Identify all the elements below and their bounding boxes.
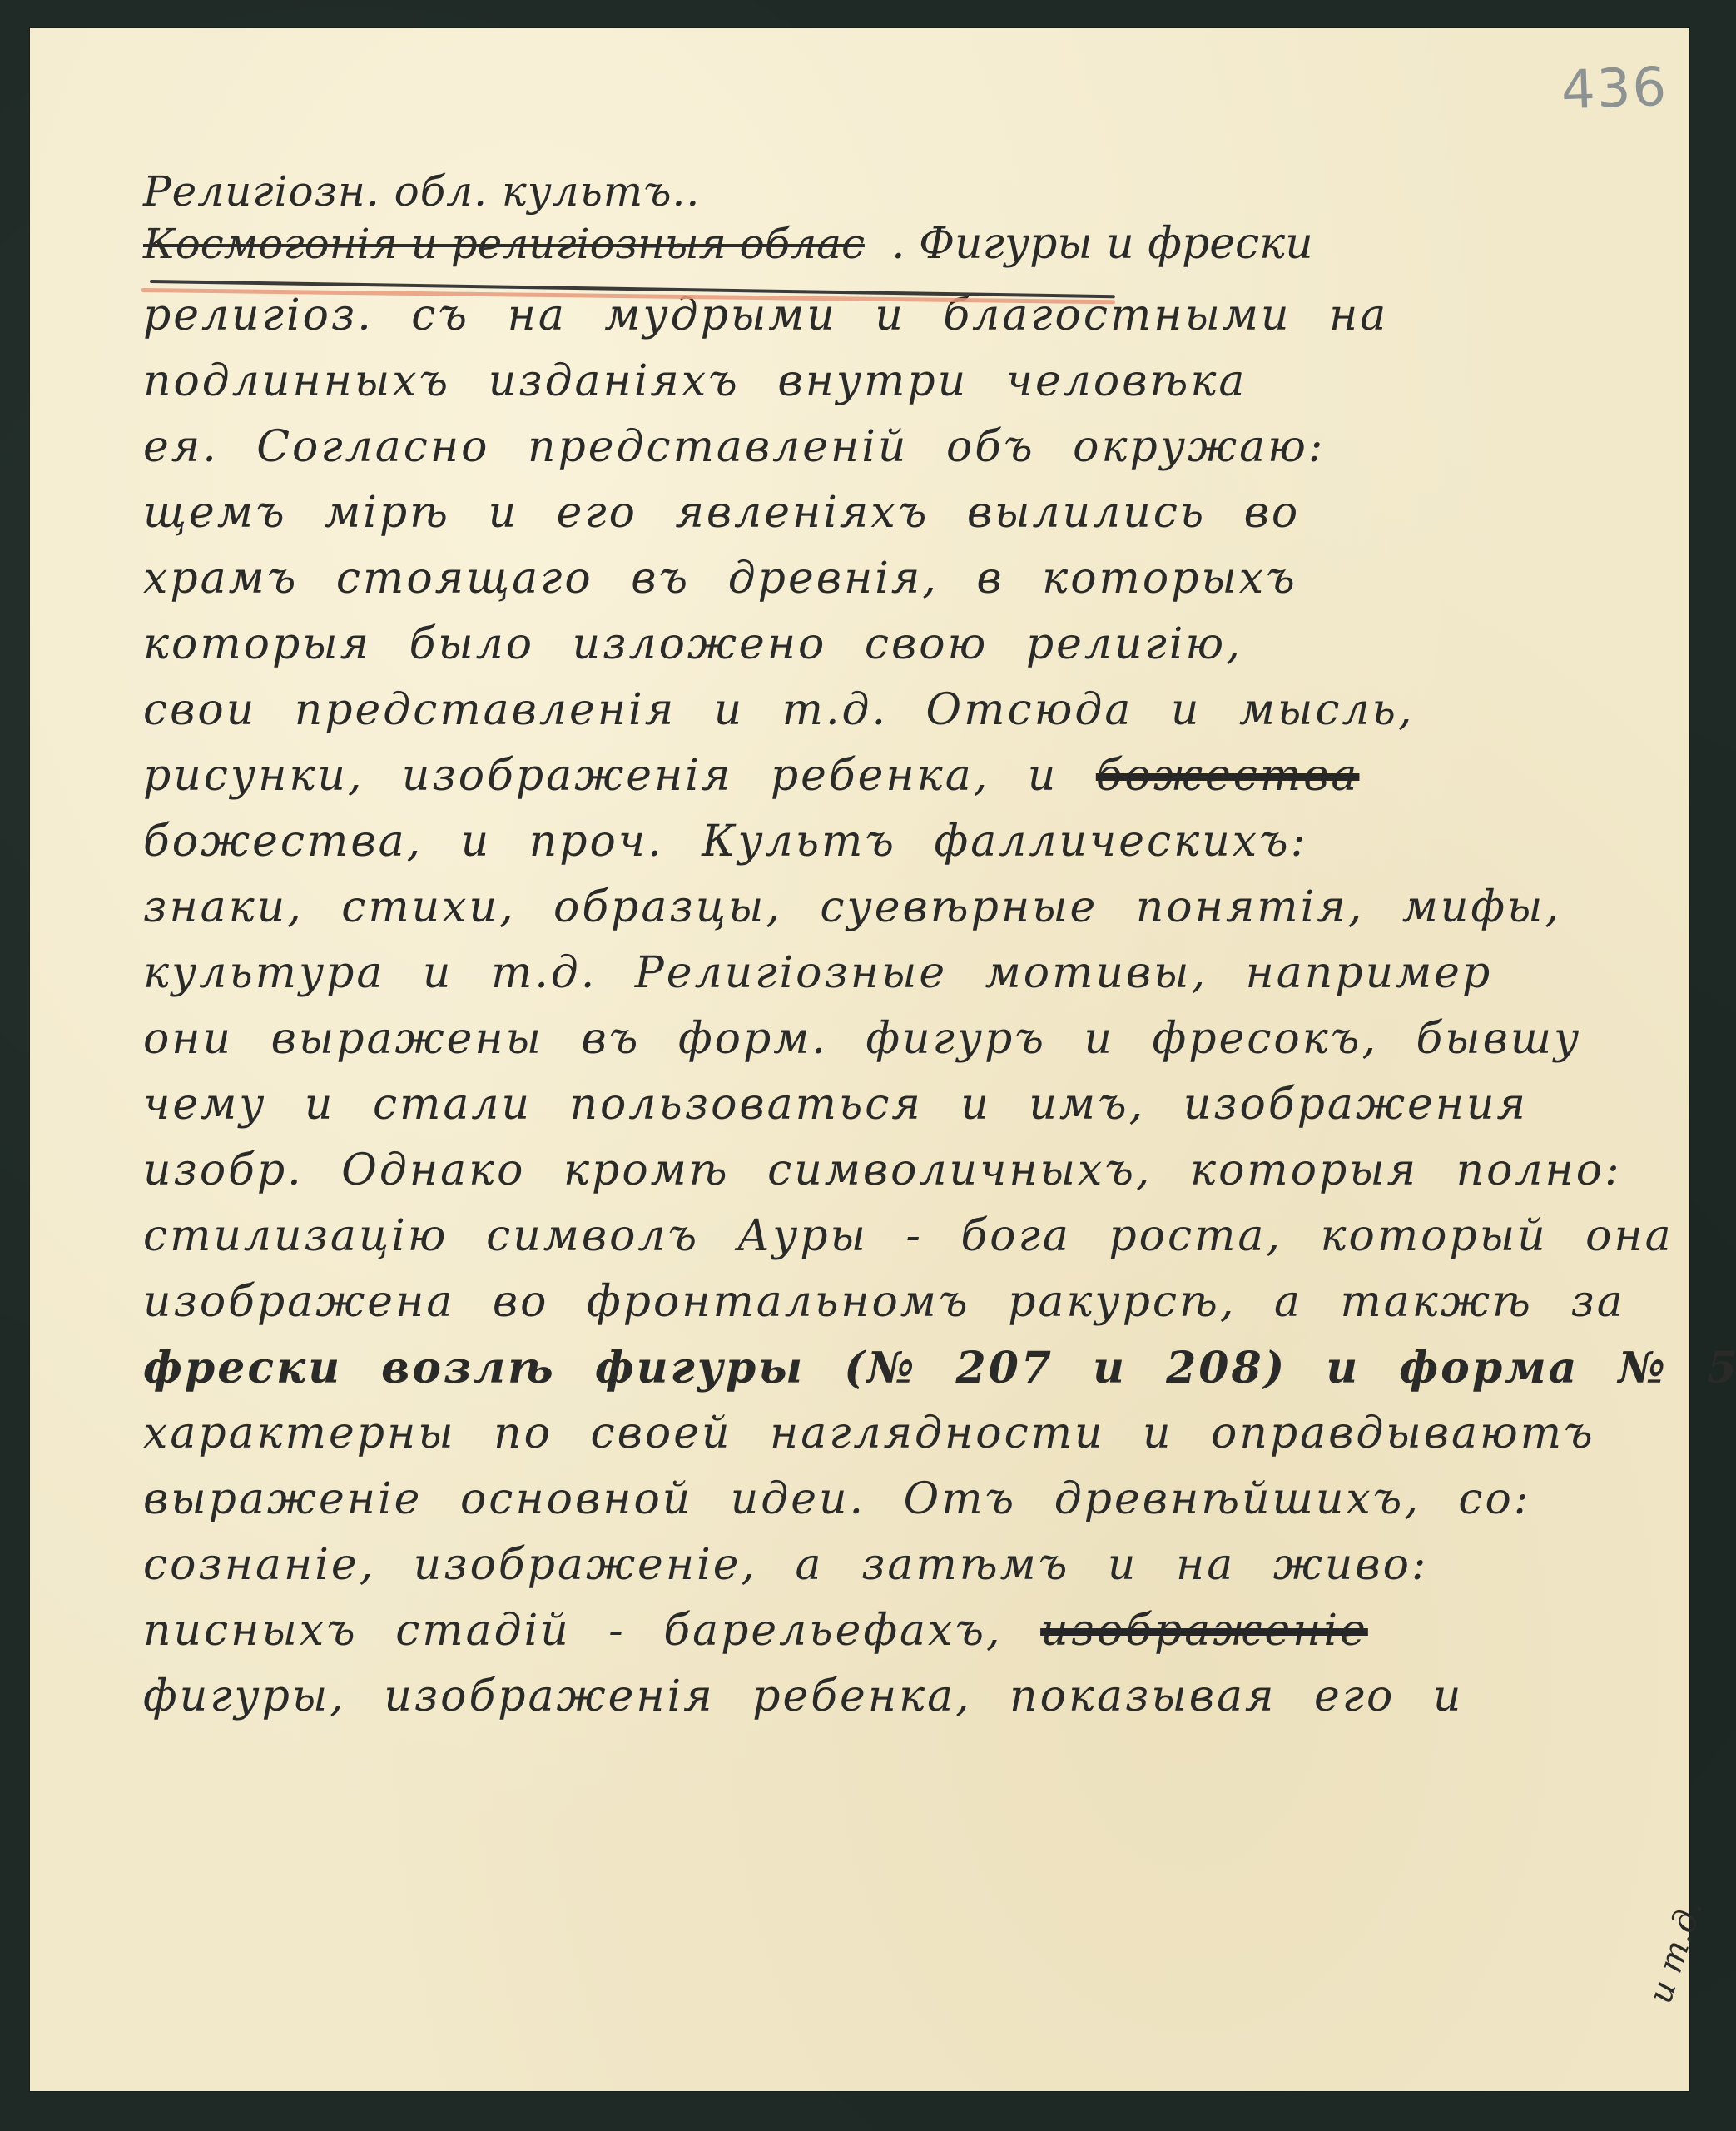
text-segment: писныхъ стадій - барельефахъ, <box>143 1606 1003 1656</box>
struck-heading-line: Космогонія и религіозныя облас . Фигуры … <box>143 216 1691 271</box>
manuscript-text: Религіозн. обл. культъ.. Космогонія и ре… <box>143 166 1691 1730</box>
text-line: божества, и проч. Культъ фаллическихъ: <box>143 809 1691 875</box>
text-line: фрески возлѣ фигуры (№ 207 и 208) и форм… <box>143 1335 1691 1401</box>
text-line: щемъ мірѣ и его явленіяхъ вылились во <box>143 480 1691 546</box>
text-line: сознаніе, изображеніе, а затѣмъ и на жив… <box>143 1532 1691 1598</box>
text-line: характерны по своей наглядности и оправд… <box>143 1401 1691 1467</box>
text-line: подлинныхъ изданіяхъ внутри человѣка <box>143 349 1691 415</box>
text-line: фигуры, изображенія ребенка, показывая е… <box>143 1664 1691 1730</box>
struck-word: божества <box>1096 751 1360 801</box>
text-line: изображена во фронтальномъ ракурсѣ, а та… <box>143 1269 1691 1335</box>
heading-continuation: . Фигуры и фрески <box>891 216 1313 271</box>
struck-word: изображеніе <box>1040 1606 1368 1656</box>
text-line: они выражены въ форм. фигуръ и фресокъ, … <box>143 1006 1691 1072</box>
struck-heading: Космогонія и религіозныя облас <box>143 216 865 271</box>
text-line: храмъ стоящаго въ древнія, в которыхъ <box>143 546 1691 612</box>
heading: Религіозн. обл. культъ.. <box>143 166 1691 216</box>
text-line: стилизацію символъ Ауры - бога роста, ко… <box>143 1204 1691 1269</box>
text-line: выраженіе основной идеи. Отъ древнѣйшихъ… <box>143 1467 1691 1532</box>
text-line-with-strike: писныхъ стадій - барельефахъ, изображені… <box>143 1598 1691 1664</box>
text-line: чему и стали пользоваться и имъ, изображ… <box>143 1072 1691 1138</box>
text-line: знаки, стихи, образцы, суевѣрные понятія… <box>143 875 1691 941</box>
text-line-with-strike: рисунки, изображенія ребенка, и божества <box>143 743 1691 809</box>
page-number: 436 <box>1560 57 1669 122</box>
text-line: культура и т.д. Религіозные мотивы, напр… <box>143 941 1691 1006</box>
text-line: которыя было изложено свою религію, <box>143 612 1691 678</box>
text-line: ея. Согласно представленій объ окружаю: <box>143 415 1691 480</box>
text-line: свои представленія и т.д. Отсюда и мысль… <box>143 678 1691 743</box>
text-segment: рисунки, изображенія ребенка, и <box>143 751 1058 801</box>
text-line: изобр. Однако кромѣ символичныхъ, которы… <box>143 1138 1691 1204</box>
